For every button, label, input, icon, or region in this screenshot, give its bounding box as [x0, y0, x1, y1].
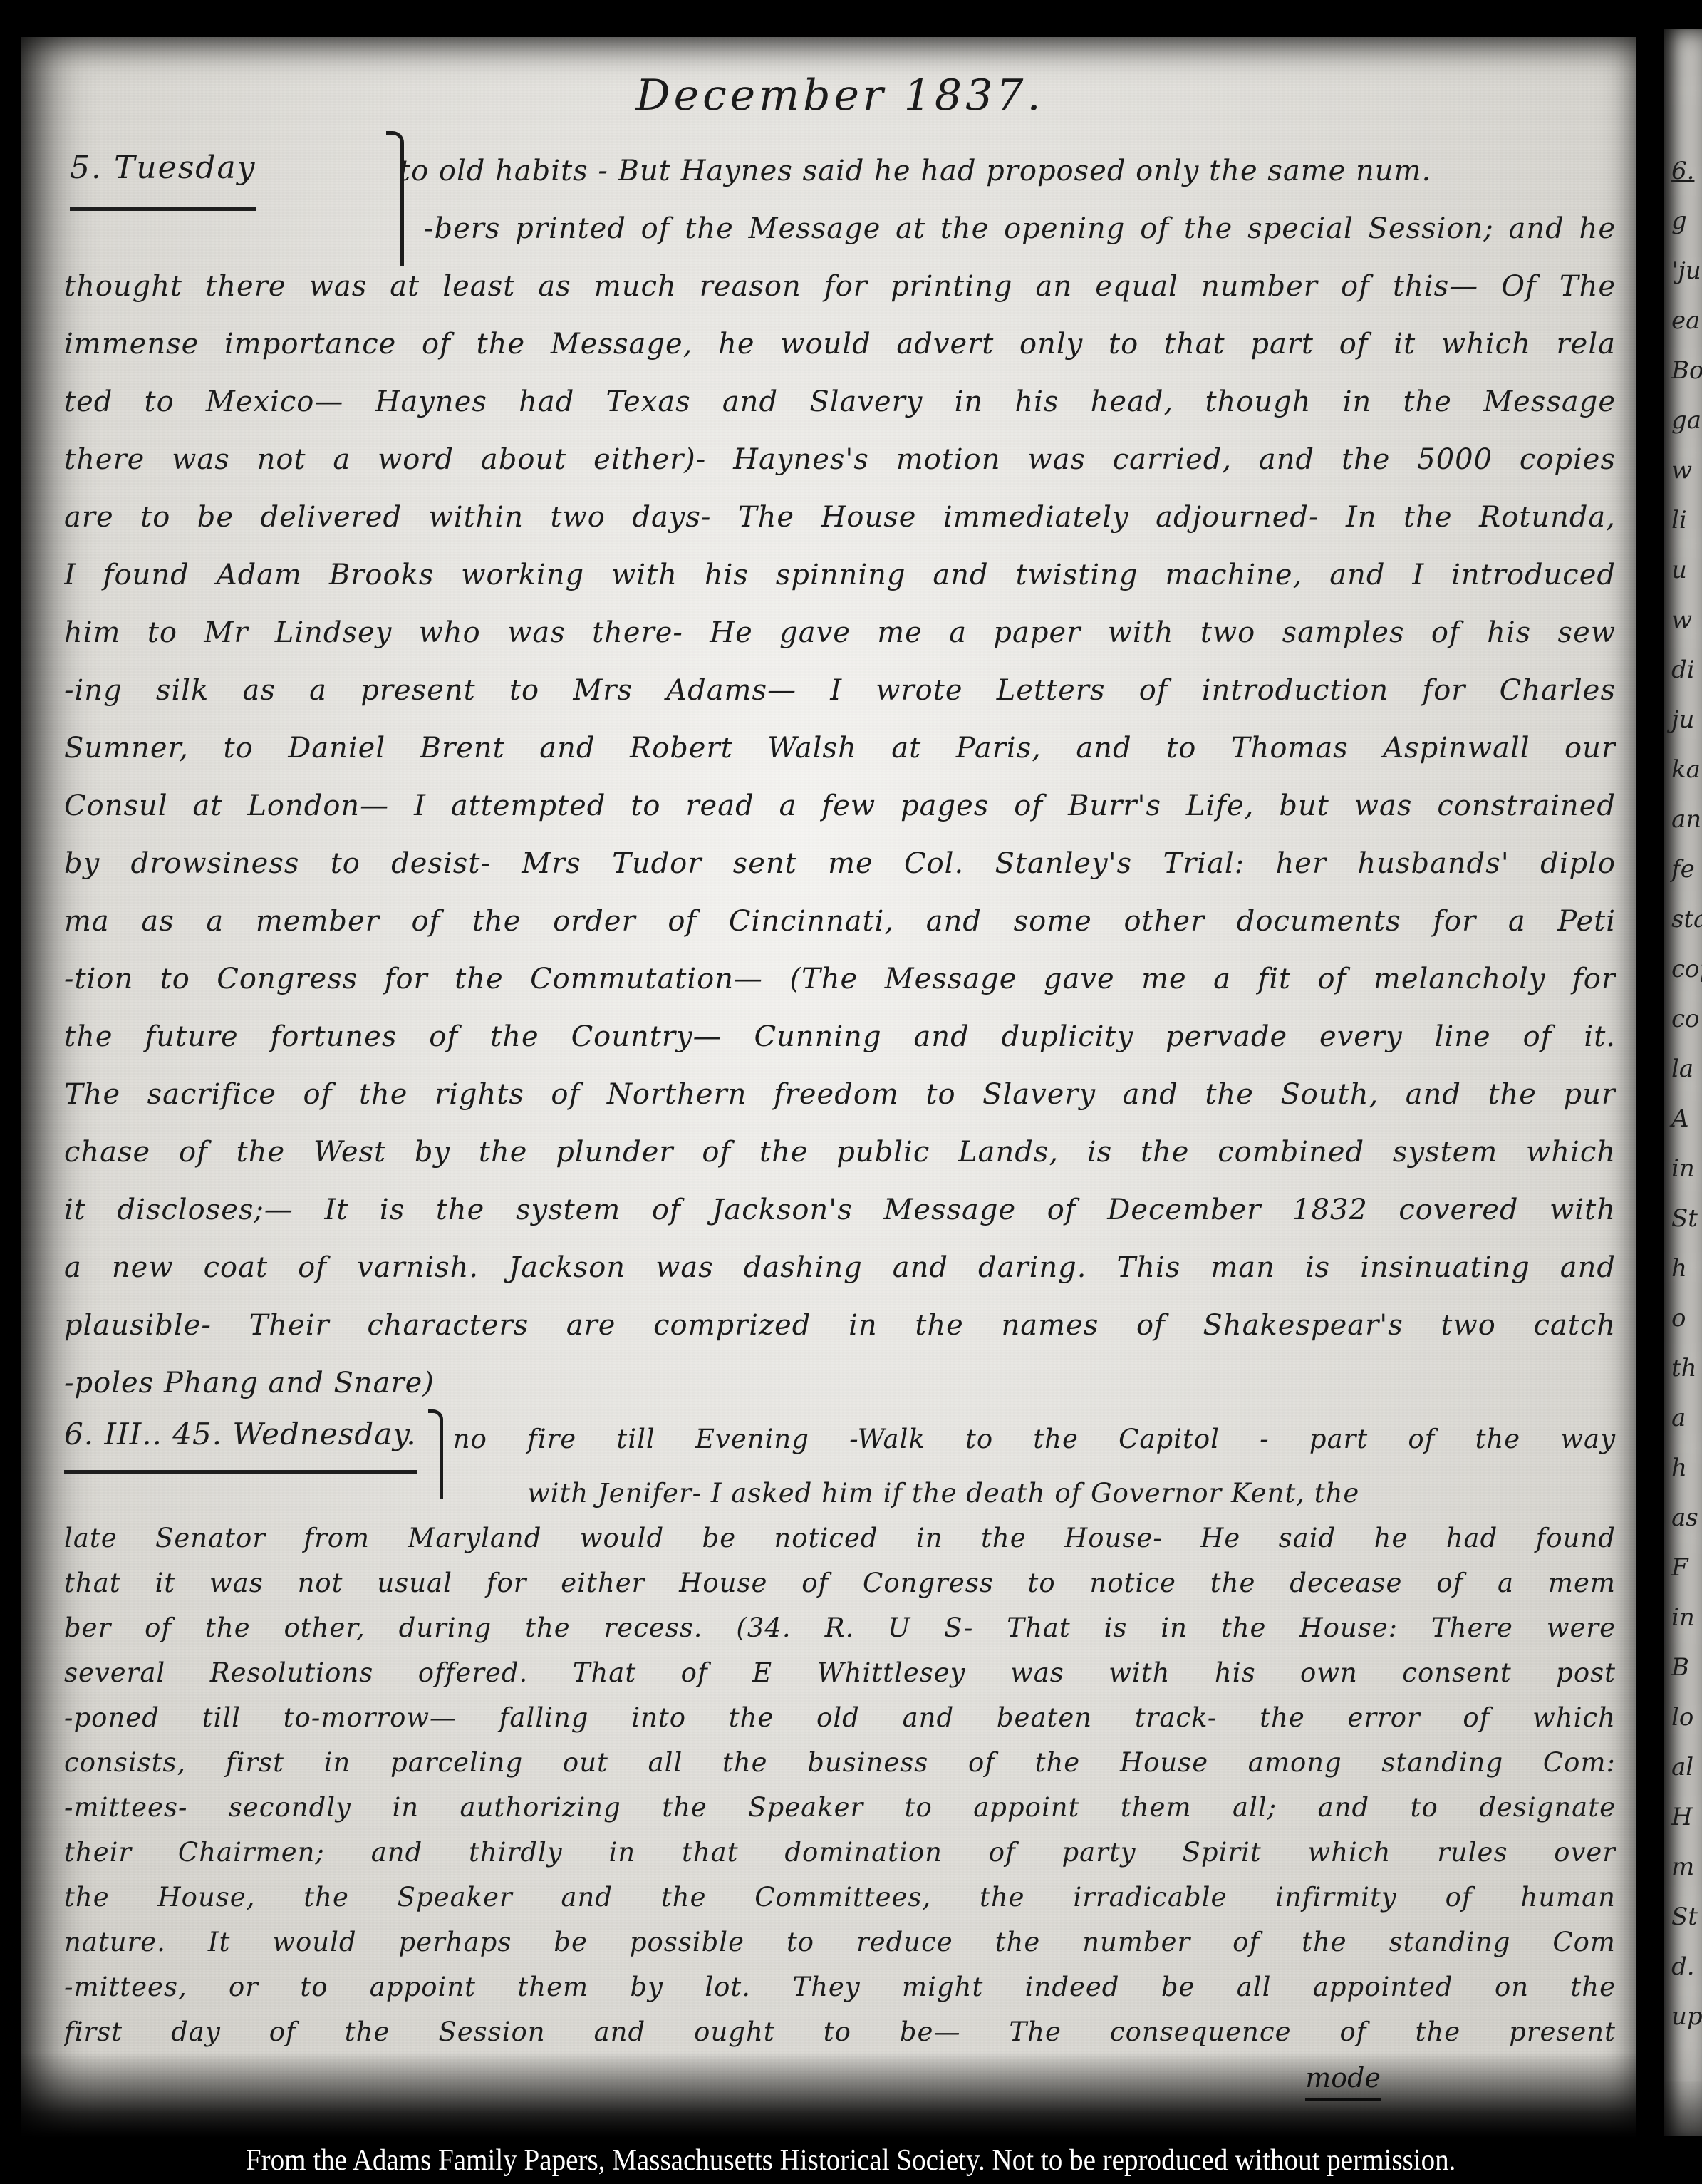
manuscript-fragment: in [1671, 1593, 1702, 1642]
manuscript-fragment: cop [1671, 944, 1702, 994]
manuscript-fragment: St [1671, 1194, 1702, 1243]
manuscript-fragment: up [1671, 1992, 1702, 2041]
manuscript-fragment: g [1671, 196, 1702, 246]
manuscript-fragment: 6. [1671, 146, 1702, 196]
manuscript-line: late Senator from Maryland would be noti… [64, 1516, 1616, 1561]
manuscript-fragment: u [1671, 545, 1702, 595]
manuscript-line: no fire till Evening -Walk to the Capito… [453, 1417, 1616, 1462]
entry-date-label: 6. III.. 45. Wednesday. [64, 1417, 417, 1474]
manuscript-line: the House, the Speaker and the Committee… [64, 1875, 1616, 1920]
manuscript-fragment: fe [1671, 844, 1702, 894]
manuscript-line: the future fortunes of the Country— Cunn… [64, 1008, 1616, 1066]
manuscript-line: that it was not usual for either House o… [64, 1561, 1616, 1605]
manuscript-fragment: la [1671, 1044, 1702, 1094]
manuscript-line: chase of the West by the plunder of the … [64, 1124, 1616, 1181]
manuscript-fragment: a [1671, 1393, 1702, 1443]
manuscript-fragment: Bo [1671, 346, 1702, 395]
manuscript-line: their Chairmen; and thirdly in that domi… [64, 1830, 1616, 1875]
manuscript-line: ma as a member of the order of Cincinnat… [64, 893, 1616, 951]
manuscript-line: first day of the Session and ought to be… [64, 2009, 1616, 2054]
manuscript-line: consists, first in parceling out all the… [64, 1740, 1616, 1785]
manuscript-fragment: th [1671, 1343, 1702, 1393]
manuscript-fragment: F [1671, 1543, 1702, 1593]
manuscript-fragment: ga [1671, 395, 1702, 445]
manuscript-line: him to Mr Lindsey who was there- He gave… [64, 604, 1616, 662]
manuscript-line: ted to Mexico— Haynes had Texas and Slav… [64, 373, 1616, 431]
manuscript-fragment: ju [1671, 695, 1702, 745]
manuscript-fragment: in [1671, 1144, 1702, 1194]
manuscript-line: to old habits - But Haynes said he had p… [399, 143, 1616, 200]
manuscript-line: by drowsiness to desist- Mrs Tudor sent … [64, 835, 1616, 893]
manuscript-line: a new coat of varnish. Jackson was dashi… [64, 1239, 1616, 1297]
manuscript-fragment: h [1671, 1243, 1702, 1293]
manuscript-line: -ing silk as a present to Mrs Adams— I w… [64, 662, 1616, 720]
diary-page: December 1837. 5. Tuesday to old habits … [21, 37, 1636, 2138]
manuscript-line: -poles Phang and Snare) [64, 1355, 1616, 1412]
manuscript-line: thought there was at least as much reaso… [64, 258, 1616, 316]
manuscript-fragment: h [1671, 1443, 1702, 1493]
manuscript-fragment: w [1671, 445, 1702, 495]
manuscript-line: several Resolutions offered. That of E W… [64, 1650, 1616, 1695]
manuscript-line: -poned till to-morrow— falling into the … [64, 1695, 1616, 1740]
manuscript-fragment: as [1671, 1493, 1702, 1543]
manuscript-scan: December 1837. 5. Tuesday to old habits … [0, 0, 1702, 2184]
manuscript-fragment: A [1671, 1094, 1702, 1144]
diary-entry-dec6: 6. III.. 45. Wednesday. no fire till Eve… [64, 1417, 1616, 2101]
diary-entry-dec5: 5. Tuesday to old habits - But Haynes sa… [64, 143, 1616, 1412]
entry-brace [428, 1409, 443, 1499]
manuscript-fragment: an [1671, 795, 1702, 844]
manuscript-fragment: o [1671, 1293, 1702, 1343]
manuscript-line: -mittees, or to appoint them by lot. The… [64, 1965, 1616, 2009]
manuscript-fragment: B [1671, 1642, 1702, 1692]
manuscript-line: -tion to Congress for the Commutation— (… [64, 951, 1616, 1008]
manuscript-fragment: di [1671, 645, 1702, 695]
entry-brace [386, 131, 404, 266]
manuscript-line: Consul at London— I attempted to read a … [64, 777, 1616, 835]
page-bottom-shadow [21, 2052, 1636, 2138]
manuscript-fragment: lo [1671, 1692, 1702, 1742]
manuscript-fragment: 'ju [1671, 246, 1702, 296]
manuscript-line: it discloses;— It is the system of Jacks… [64, 1181, 1616, 1239]
manuscript-line: with Jenifer- I asked him if the death o… [527, 1471, 1616, 1516]
manuscript-fragment: H [1671, 1792, 1702, 1842]
manuscript-line: The sacrifice of the rights of Northern … [64, 1066, 1616, 1124]
manuscript-line: plausible- Their characters are comprize… [64, 1297, 1616, 1355]
manuscript-fragment: al [1671, 1742, 1702, 1792]
facing-page-fragments: 6. g 'ju ea Bo ga w li u w di ju ka an f… [1671, 146, 1702, 2041]
manuscript-fragment: sta [1671, 894, 1702, 944]
manuscript-text: December 1837. 5. Tuesday to old habits … [64, 61, 1616, 2101]
manuscript-fragment: ka [1671, 745, 1702, 795]
manuscript-fragment: St [1671, 1892, 1702, 1942]
manuscript-line: immense importance of the Message, he wo… [64, 316, 1616, 373]
manuscript-fragment: li [1671, 495, 1702, 545]
facing-page-sliver: 6. g 'ju ea Bo ga w li u w di ju ka an f… [1664, 29, 1702, 2136]
manuscript-line: I found Adam Brooks working with his spi… [64, 547, 1616, 604]
manuscript-line: there was not a word about either)- Hayn… [64, 431, 1616, 489]
manuscript-line: ber of the other, during the recess. (34… [64, 1605, 1616, 1650]
manuscript-line: -mittees- secondly in authorizing the Sp… [64, 1785, 1616, 1830]
manuscript-line: Sumner, to Daniel Brent and Robert Walsh… [64, 720, 1616, 777]
manuscript-line: -bers printed of the Message at the open… [424, 200, 1616, 258]
entry-date-label: 5. Tuesday [70, 150, 256, 211]
manuscript-line: are to be delivered within two days- The… [64, 489, 1616, 547]
page-title: December 1837. [64, 61, 1616, 130]
manuscript-fragment: m [1671, 1842, 1702, 1892]
manuscript-line: nature. It would perhaps be possible to … [64, 1920, 1616, 1965]
manuscript-fragment: w [1671, 595, 1702, 645]
attribution-caption: From the Adams Family Papers, Massachuse… [246, 2143, 1455, 2178]
attribution-band: From the Adams Family Papers, Massachuse… [0, 2137, 1702, 2184]
manuscript-fragment: co [1671, 994, 1702, 1044]
manuscript-fragment: d. [1671, 1942, 1702, 1992]
manuscript-fragment: ea [1671, 296, 1702, 346]
